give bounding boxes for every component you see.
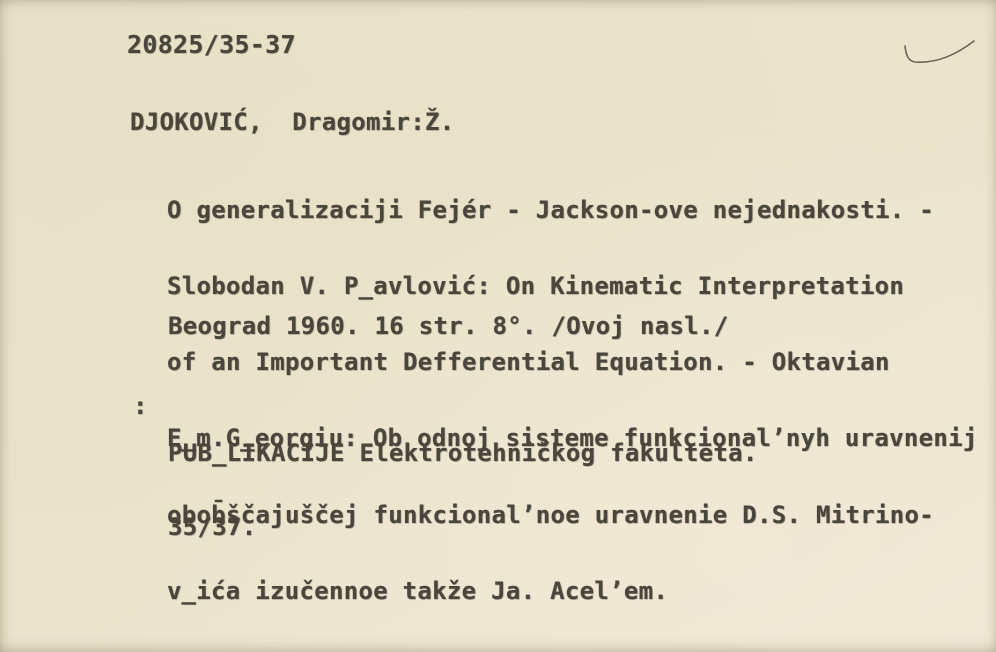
imprint-line: Beograd 1960. 16 str. 8°. /Ovoj nasl./ (168, 312, 728, 340)
call-number: 20825/35-37 (127, 30, 296, 59)
title-line: O generalizaciji Fejér - Jackson-ove nej… (167, 198, 978, 223)
series-marker: : (133, 392, 148, 420)
series-statement: PUB̲LIKACIJE Elektrotehničkog fakulteta.… (168, 392, 758, 588)
catalog-card: 20825/35-37 DJOKOVIĆ, Dragomir:Ž. O gene… (0, 0, 996, 652)
title-line: Slobodan V. P̲avlović: On Kinematic Inte… (167, 274, 978, 299)
series-line: PUB̲LIKACIJE Elektrotehničkog fakulteta. (168, 441, 758, 466)
author-heading: DJOKOVIĆ, Dragomir:Ž. (130, 108, 454, 136)
title-line: of an Important Defferential Equation. -… (167, 350, 978, 375)
series-line: 35/37. (168, 515, 758, 540)
